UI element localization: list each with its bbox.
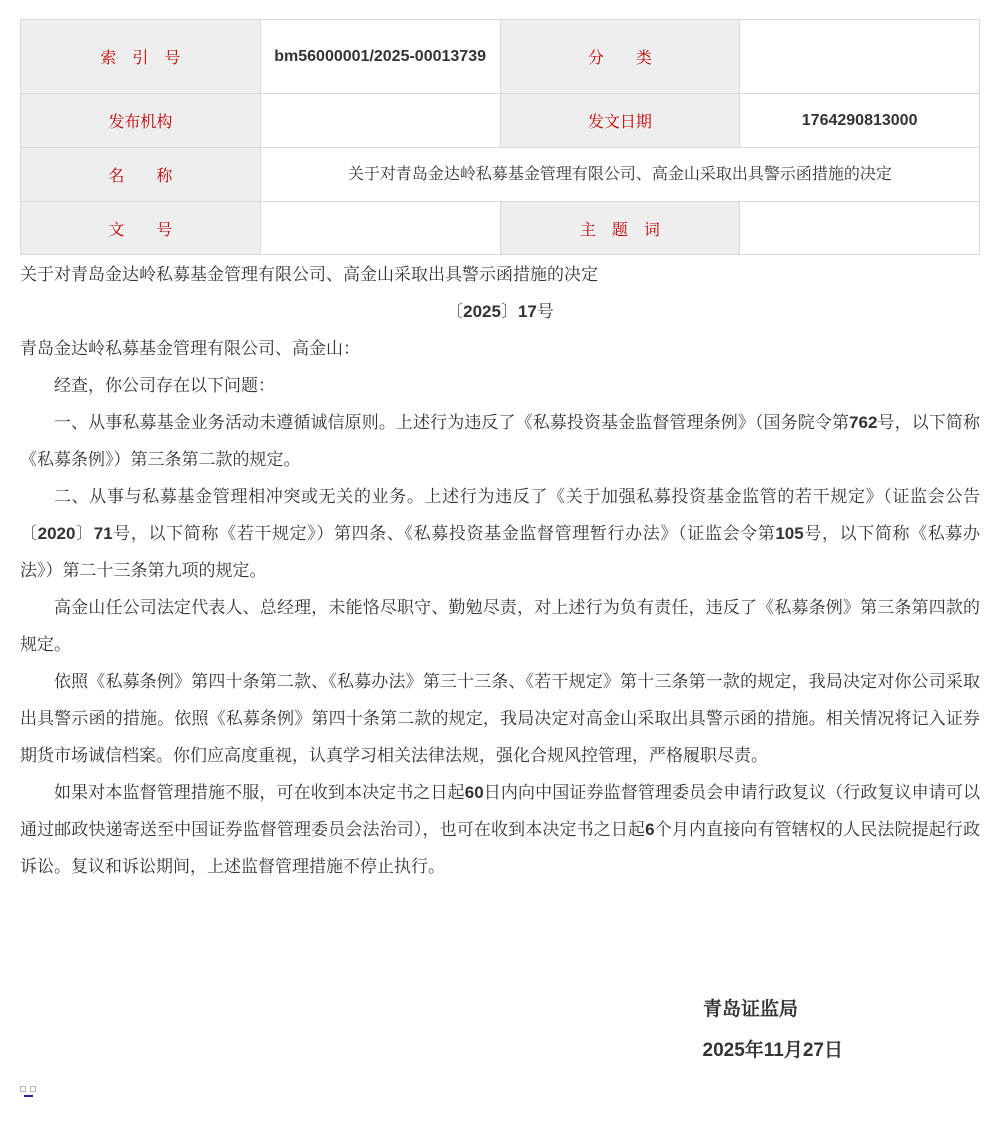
meta-label-keywords: 主 题 词	[500, 202, 740, 255]
text-run: 高金山任公司法定代表人、总经理，未能恪尽职守、勤勉尽责，对上述行为负有责任，违反…	[20, 598, 980, 654]
meta-value-doc-number	[260, 202, 500, 255]
paragraph-findings-intro: 经查，你公司存在以下问题：	[20, 367, 980, 404]
meta-row-name: 名 称 关于对青岛金达岭私募基金管理有限公司、高金山采取出具警示函措施的决定	[21, 148, 980, 202]
text-run: 青岛金达岭私募基金管理有限公司、高金山：	[20, 339, 360, 358]
text-run: 号	[537, 302, 554, 321]
text-run: 〕	[75, 524, 93, 543]
paragraph-responsibility: 高金山任公司法定代表人、总经理，未能恪尽职守、勤勉尽责，对上述行为负有责任，违反…	[20, 589, 980, 663]
share-link[interactable]	[20, 1086, 38, 1097]
paragraph-appeal-rights: 如果对本监督管理措施不服，可在收到本决定书之日起60日内向中国证券监督管理委员会…	[20, 774, 980, 885]
text-run: 关于对青岛金达岭私募基金管理有限公司、高金山采取出具警示函措施的决定	[20, 265, 598, 284]
signature-agency: 青岛证监局	[20, 989, 980, 1030]
signature-block: 青岛证监局 2025年11月27日	[20, 989, 980, 1071]
paragraph-decision: 依照《私募条例》第四十条第二款、《私募办法》第三十三条、《若干规定》第十三条第一…	[20, 663, 980, 774]
bold-number: 762	[849, 413, 877, 432]
addressee-line: 青岛金达岭私募基金管理有限公司、高金山：	[20, 330, 980, 367]
text-run: 如果对本监督管理措施不服，可在收到本决定书之日起	[54, 783, 465, 802]
bold-number: 2020	[38, 524, 76, 543]
meta-label-index-number: 索 引 号	[21, 20, 261, 94]
bold-number: 6	[645, 820, 654, 839]
meta-value-issue-date: 1764290813000	[740, 94, 980, 148]
bold-number: 17	[518, 302, 537, 321]
bold-number: 60	[465, 783, 484, 802]
signature-date: 2025年11月27日	[20, 1030, 980, 1071]
meta-value-issuing-agency	[260, 94, 500, 148]
text-run: 依照《私募条例》第四十条第二款、《私募办法》第三十三条、《若干规定》第十三条第一…	[20, 672, 980, 765]
text-run: 〔	[446, 302, 463, 321]
meta-value-keywords	[740, 202, 980, 255]
broken-image-icon	[20, 1086, 26, 1092]
link-underline	[24, 1095, 33, 1097]
text-run: 号，以下简称《若干规定》）第四条、《私募投资基金监督管理暂行办法》（证监会令第	[113, 524, 776, 543]
doc-title-line: 关于对青岛金达岭私募基金管理有限公司、高金山采取出具警示函措施的决定	[20, 256, 980, 293]
doc-number-line: 〔2025〕17号	[20, 293, 980, 330]
document-body: 关于对青岛金达岭私募基金管理有限公司、高金山采取出具警示函措施的决定 〔2025…	[20, 256, 980, 1071]
meta-value-category	[740, 20, 980, 94]
bold-number: 2025	[463, 302, 501, 321]
meta-label-issue-date: 发文日期	[500, 94, 740, 148]
broken-image-icon	[30, 1086, 36, 1092]
meta-row-agency-date: 发布机构 发文日期 1764290813000	[21, 94, 980, 148]
document-meta-table: 索 引 号 bm56000001/2025-00013739 分 类 发布机构 …	[20, 19, 980, 255]
text-run: 经查，你公司存在以下问题：	[54, 376, 275, 395]
meta-label-issuing-agency: 发布机构	[21, 94, 261, 148]
text-run: 〕	[501, 302, 518, 321]
bold-number: 105	[775, 524, 803, 543]
meta-row-docno-keywords: 文 号 主 题 词	[21, 202, 980, 255]
meta-label-doc-number: 文 号	[21, 202, 261, 255]
document-page: 索 引 号 bm56000001/2025-00013739 分 类 发布机构 …	[0, 0, 1000, 1124]
paragraph-violation-2: 二、从事与私募基金管理相冲突或无关的业务。上述行为违反了《关于加强私募投资基金监…	[20, 478, 980, 589]
bold-number: 71	[94, 524, 113, 543]
meta-label-name: 名 称	[21, 148, 261, 202]
meta-value-name: 关于对青岛金达岭私募基金管理有限公司、高金山采取出具警示函措施的决定	[260, 148, 979, 202]
meta-row-index: 索 引 号 bm56000001/2025-00013739 分 类	[21, 20, 980, 94]
text-run: 一、从事私募基金业务活动未遵循诚信原则。上述行为违反了《私募投资基金监督管理条例…	[54, 413, 849, 432]
meta-value-index-number: bm56000001/2025-00013739	[260, 20, 500, 94]
paragraph-violation-1: 一、从事私募基金业务活动未遵循诚信原则。上述行为违反了《私募投资基金监督管理条例…	[20, 404, 980, 478]
meta-label-category: 分 类	[500, 20, 740, 94]
